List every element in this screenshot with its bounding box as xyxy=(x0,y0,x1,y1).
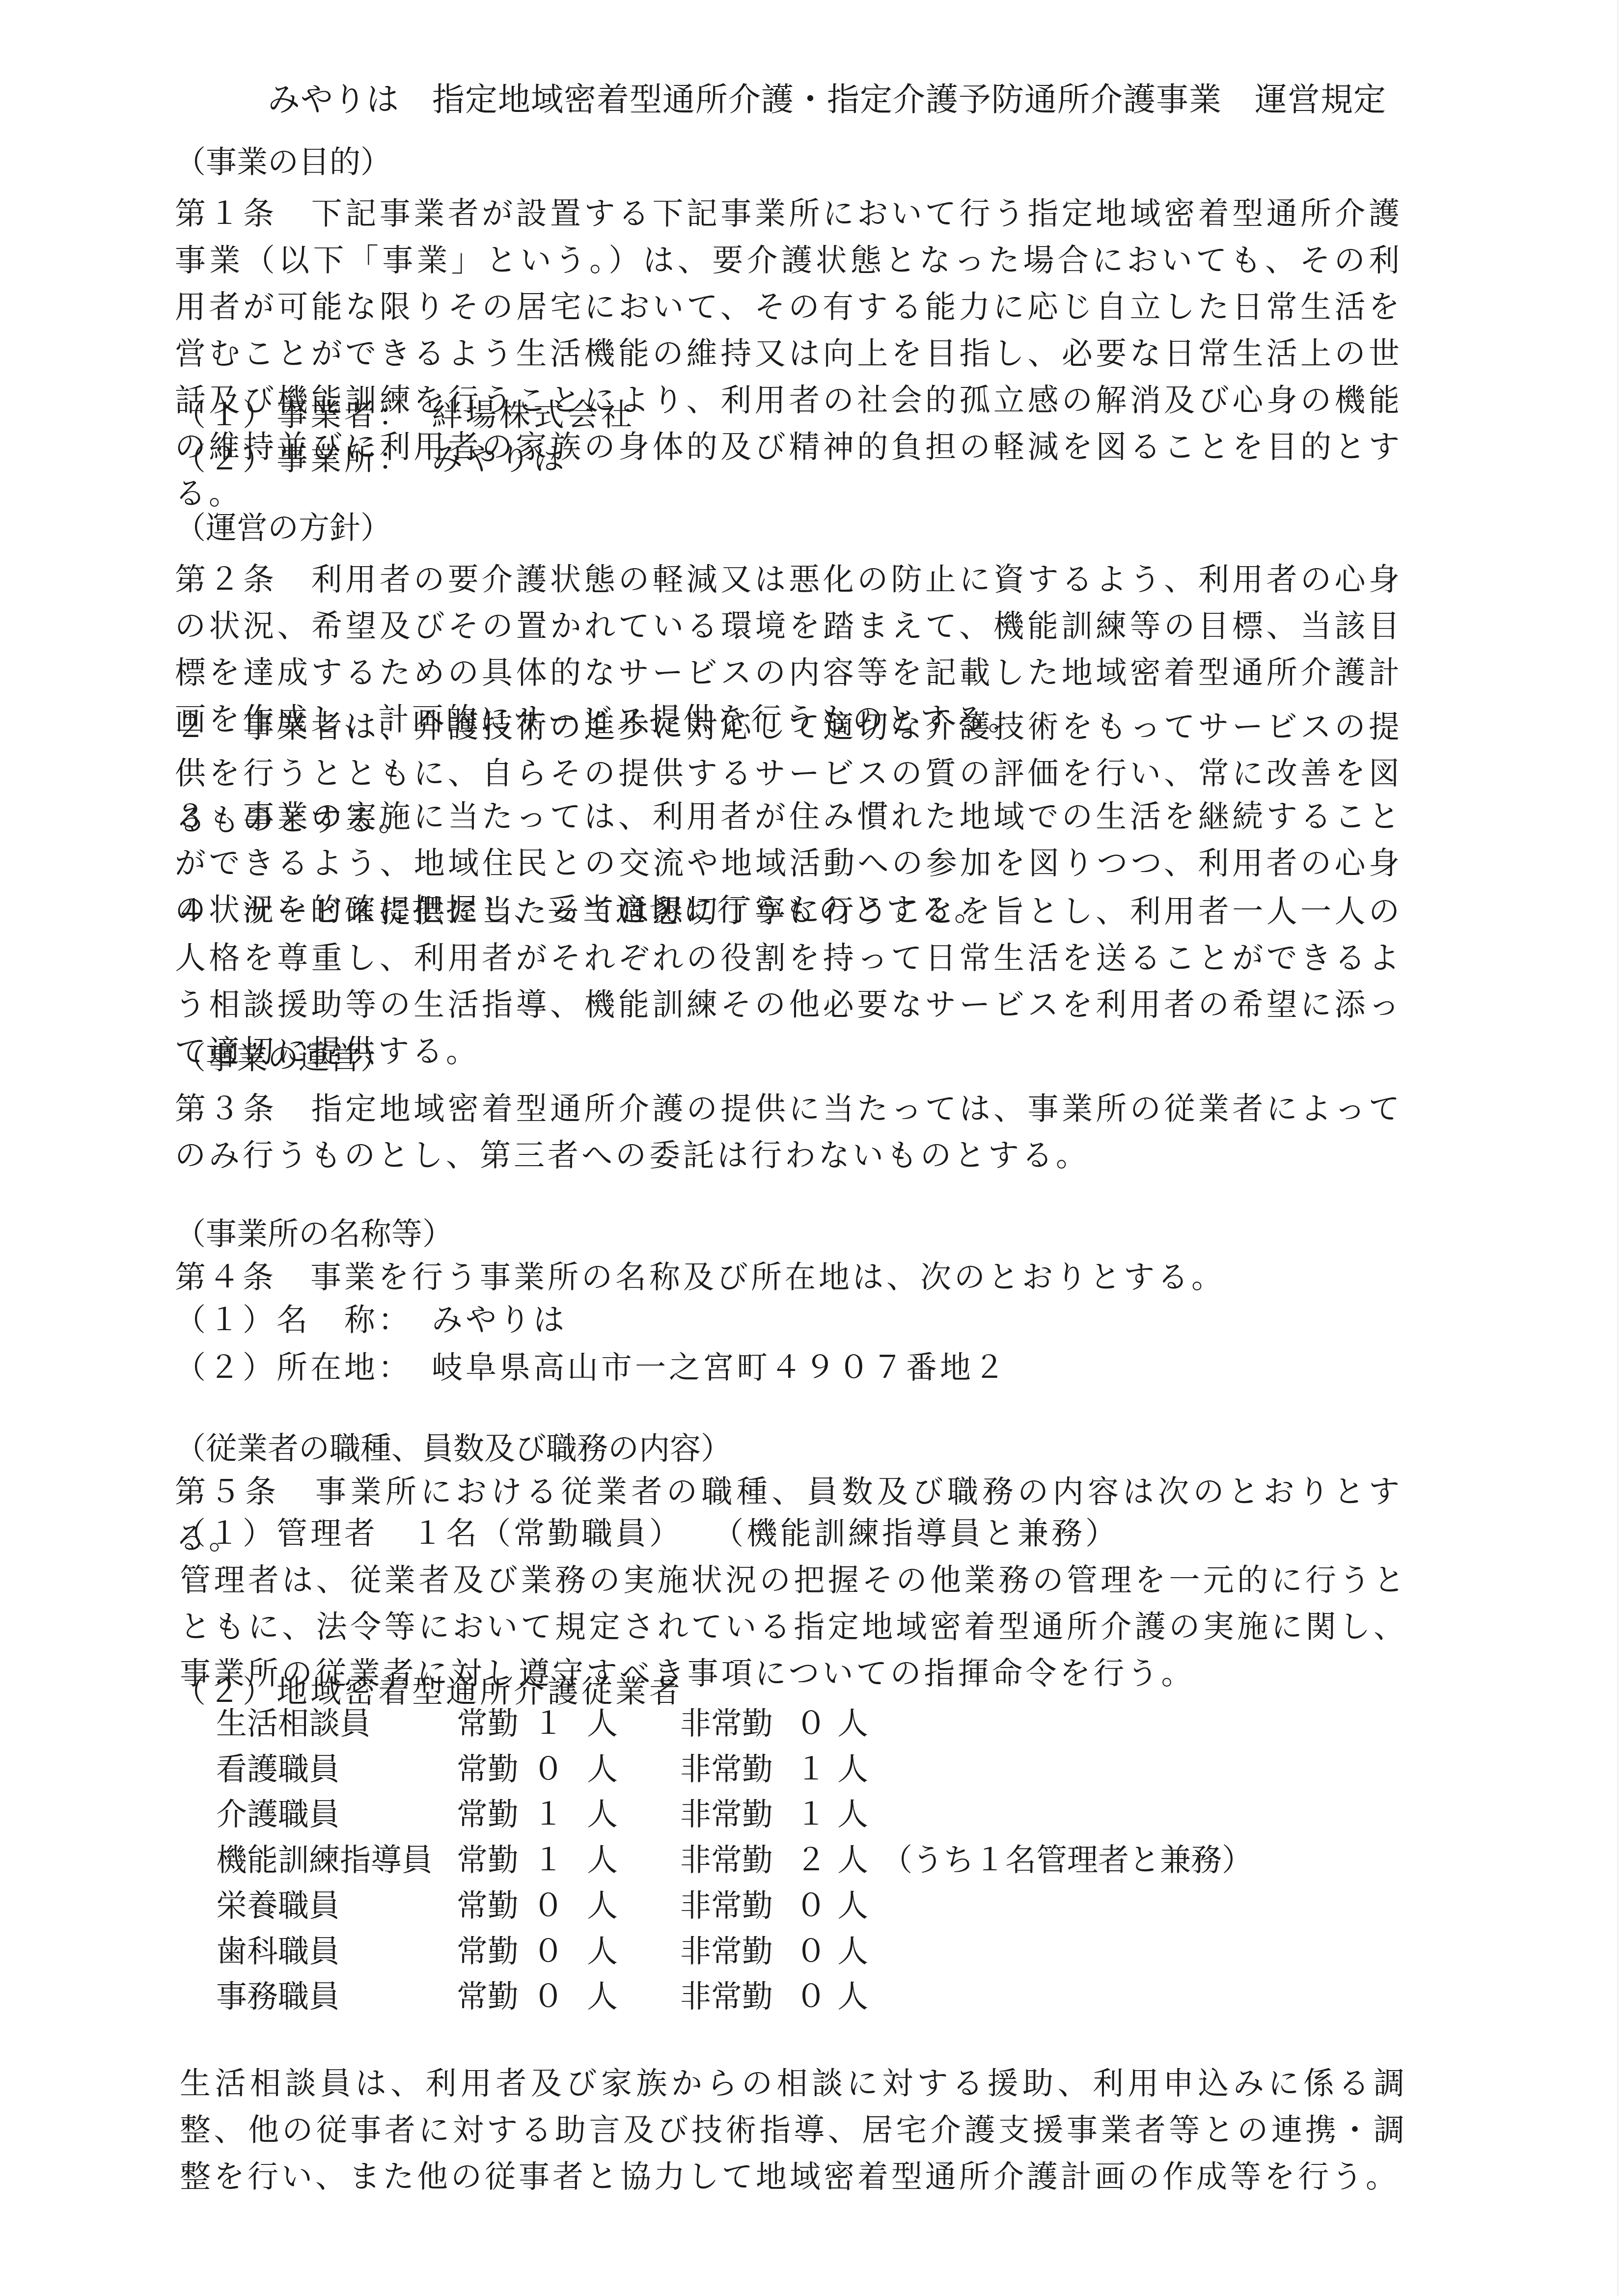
part-time-label: 非常勤 xyxy=(680,1792,773,1836)
office-value: みやりは xyxy=(432,437,567,481)
full-time-count: １ xyxy=(533,1701,564,1746)
part-time-label: 非常勤 xyxy=(680,1747,773,1791)
staff-note: （うち１名管理者と兼務） xyxy=(881,1838,1253,1882)
full-time-unit: 人 xyxy=(587,1701,618,1746)
staff-role: 介護職員 xyxy=(216,1792,340,1836)
part-time-count: ０ xyxy=(796,1884,826,1928)
part-time-unit: 人 xyxy=(837,1747,868,1791)
manager-item: （１）管理者 １名（常勤職員）（機能訓練指導員と兼務） xyxy=(175,1511,1403,1556)
document-title: みやりは 指定地域密着型通所介護・指定介護予防通所介護事業 運営規定 xyxy=(268,78,1397,122)
scan-page-edge xyxy=(1617,0,1619,2296)
part-time-label: 非常勤 xyxy=(680,1929,773,1973)
part-time-count: １ xyxy=(796,1792,826,1836)
section-heading-policy: （運営の方針） xyxy=(175,506,1403,550)
operator-value: 絆場株式会社 xyxy=(432,393,635,437)
operator-label: （１）事業者： xyxy=(175,393,412,437)
facility-name-item: （１）名 称：みやりは xyxy=(175,1298,1403,1342)
full-time-label: 常勤 xyxy=(457,1929,519,1973)
facility-address-item: （２）所在地：岐阜県高山市一之宮町４９０７番地２ xyxy=(175,1345,1403,1390)
counselor-description: 生活相談員は、利用者及び家族からの相談に対する援助、利用申込みに係る調整、他の従… xyxy=(180,2060,1407,2200)
full-time-unit: 人 xyxy=(587,1792,618,1836)
manager-row: （１）管理者 １名（常勤職員）（機能訓練指導員と兼務） xyxy=(175,1511,1403,1556)
part-time-label: 非常勤 xyxy=(680,1701,773,1746)
article-1: （事業の目的） xyxy=(175,140,1403,184)
facility-name-value: みやりは xyxy=(432,1298,567,1342)
article-3: （事業の運営） xyxy=(175,1036,1403,1080)
full-time-unit: 人 xyxy=(587,1838,618,1882)
section-heading-staff: （従業者の職種、員数及び職務の内容） xyxy=(175,1426,1403,1471)
article-4-body: 第４条 事業を行う事業所の名称及び所在地は、次のとおりとする。 xyxy=(175,1254,1403,1300)
full-time-label: 常勤 xyxy=(457,1838,519,1882)
staff-role: 機能訓練指導員 xyxy=(216,1838,433,1882)
full-time-count: １ xyxy=(533,1792,564,1836)
article-5: （従業者の職種、員数及び職務の内容） xyxy=(175,1426,1403,1471)
facility-address-value: 岐阜県高山市一之宮町４９０７番地２ xyxy=(432,1345,1008,1390)
facility-address-label: （２）所在地： xyxy=(175,1345,412,1390)
part-time-unit: 人 xyxy=(837,1884,868,1928)
full-time-unit: 人 xyxy=(587,1929,618,1973)
manager-note: （機能訓練指導員と兼務） xyxy=(713,1511,1119,1556)
part-time-unit: 人 xyxy=(837,1929,868,1973)
full-time-unit: 人 xyxy=(587,1974,618,2019)
office-label: （２）事業所： xyxy=(175,437,412,481)
manager-label: （１）管理者 １名（常勤職員） xyxy=(175,1511,683,1556)
article-3-text: 第３条 指定地域密着型通所介護の提供に当たっては、事業所の従業者によってのみ行う… xyxy=(175,1085,1403,1178)
counselor-description-block: 生活相談員は、利用者及び家族からの相談に対する援助、利用申込みに係る調整、他の従… xyxy=(180,2060,1407,2200)
full-time-label: 常勤 xyxy=(457,1974,519,2019)
staff-role: 栄養職員 xyxy=(216,1884,340,1928)
part-time-unit: 人 xyxy=(837,1838,868,1882)
full-time-count: ０ xyxy=(533,1929,564,1973)
office-item: （２）事業所：みやりは xyxy=(175,437,1403,481)
full-time-label: 常勤 xyxy=(457,1701,519,1746)
article-4: （事業所の名称等） xyxy=(175,1212,1403,1256)
article-1-items: （１）事業者：絆場株式会社 （２）事業所：みやりは xyxy=(175,393,1403,481)
full-time-label: 常勤 xyxy=(457,1884,519,1928)
full-time-unit: 人 xyxy=(587,1884,618,1928)
article-3-body: 第３条 指定地域密着型通所介護の提供に当たっては、事業所の従業者によってのみ行う… xyxy=(175,1085,1403,1178)
staff-role: 看護職員 xyxy=(216,1747,340,1791)
part-time-unit: 人 xyxy=(837,1792,868,1836)
full-time-label: 常勤 xyxy=(457,1747,519,1791)
part-time-unit: 人 xyxy=(837,1974,868,2019)
section-heading-purpose: （事業の目的） xyxy=(175,140,1403,184)
full-time-unit: 人 xyxy=(587,1747,618,1791)
staff-role: 事務職員 xyxy=(216,1974,340,2019)
part-time-count: ０ xyxy=(796,1701,826,1746)
full-time-count: １ xyxy=(533,1838,564,1882)
section-heading-operation: （事業の運営） xyxy=(175,1036,1403,1080)
part-time-label: 非常勤 xyxy=(680,1838,773,1882)
facility-name-label: （１）名 称： xyxy=(175,1298,412,1342)
staff-role: 生活相談員 xyxy=(216,1701,371,1746)
full-time-count: ０ xyxy=(533,1974,564,2019)
part-time-count: １ xyxy=(796,1747,826,1791)
full-time-label: 常勤 xyxy=(457,1792,519,1836)
part-time-unit: 人 xyxy=(837,1701,868,1746)
article-2: （運営の方針） xyxy=(175,506,1403,550)
part-time-count: ０ xyxy=(796,1974,826,2019)
staff-role: 歯科職員 xyxy=(216,1929,340,1973)
full-time-count: ０ xyxy=(533,1884,564,1928)
part-time-count: ０ xyxy=(796,1929,826,1973)
operator-item: （１）事業者：絆場株式会社 xyxy=(175,393,1403,437)
part-time-label: 非常勤 xyxy=(680,1974,773,2019)
part-time-count: ２ xyxy=(796,1838,826,1882)
article-4-items: （１）名 称：みやりは （２）所在地：岐阜県高山市一之宮町４９０７番地２ xyxy=(175,1298,1403,1390)
article-4-text: 第４条 事業を行う事業所の名称及び所在地は、次のとおりとする。 xyxy=(175,1254,1403,1300)
part-time-label: 非常勤 xyxy=(680,1884,773,1928)
full-time-count: ０ xyxy=(533,1747,564,1791)
section-heading-name: （事業所の名称等） xyxy=(175,1212,1403,1256)
